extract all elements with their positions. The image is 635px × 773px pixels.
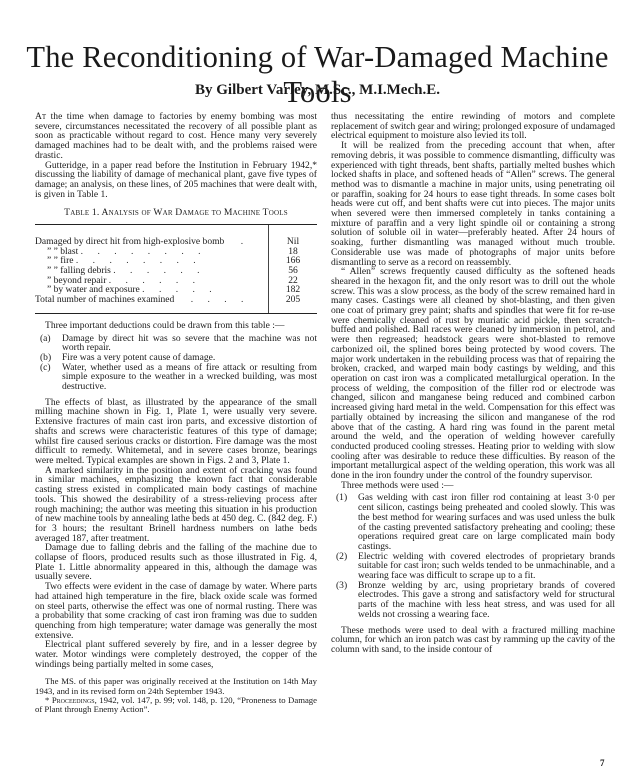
- list-item: (1)Gas welding with cast iron filler rod…: [331, 493, 615, 551]
- table-row: ” ” falling debris . . . . . .: [35, 266, 268, 276]
- footnote-ms: The MS. of this paper was originally rec…: [35, 677, 317, 695]
- debris-paragraph: Damage due to falling debris and the fal…: [35, 543, 317, 582]
- dismantling-paragraph: It will be realized from the preceding a…: [331, 141, 615, 267]
- deductions-intro: Three important deductions could be draw…: [35, 321, 317, 331]
- similarity-paragraph: A marked similarity in the position and …: [35, 466, 317, 544]
- table-row: ” by water and exposure . . . . .: [35, 285, 268, 295]
- allen-screws-paragraph: “ Allen” screws frequently caused diffic…: [331, 267, 615, 480]
- table-row: ” ” fire . . . . . . . .: [35, 256, 268, 266]
- article-title: The Reconditioning of War-Damaged Machin…: [0, 40, 635, 110]
- list-item: (c)Water, whether used as a means of fir…: [35, 363, 317, 392]
- left-column: At the time when damage to factories by …: [35, 112, 317, 714]
- water-paragraph: Two effects were evident in the case of …: [35, 582, 317, 640]
- author-byline: By Gilbert Varley, M.Sc., M.I.Mech.E.: [0, 82, 635, 99]
- page-number: 7: [600, 758, 605, 768]
- table-row: Damaged by direct hit from high-explosiv…: [35, 237, 268, 247]
- table-labels: Damaged by direct hit from high-explosiv…: [35, 225, 269, 313]
- gutteridge-paragraph: Gutteridge, in a paper read before the I…: [35, 161, 317, 200]
- list-item: (2)Electric welding with covered electro…: [331, 552, 615, 581]
- table-cell-value: 205: [269, 295, 317, 305]
- list-item: (3)Bronze welding by arc, using propriet…: [331, 581, 615, 620]
- table-row: ” ” blast . . . . . . . .: [35, 247, 268, 257]
- intro-paragraph: At the time when damage to factories by …: [35, 112, 317, 161]
- list-item: (a)Damage by direct hit was so severe th…: [35, 334, 317, 353]
- electrical-paragraph: Electrical plant suffered severely by fi…: [35, 640, 317, 669]
- table-cell-value: 22: [269, 276, 317, 286]
- table-cell-value: 182: [269, 285, 317, 295]
- footnotes: The MS. of this paper was originally rec…: [35, 677, 317, 714]
- table-caption: Table 1. Analysis of War Damage to Machi…: [35, 208, 317, 218]
- right-column: thus necessitating the entire rewinding …: [331, 112, 615, 655]
- blast-paragraph: The effects of blast, as illustrated by …: [35, 398, 317, 466]
- footnote-reference: * Proceedings, 1942, vol. 147, p. 99; vo…: [35, 696, 317, 714]
- table-cell-value: 166: [269, 256, 317, 266]
- table-cell-value: Nil: [269, 237, 317, 247]
- table-values: Nil 18 166 56 22 182 205: [269, 225, 317, 313]
- continuation-paragraph: thus necessitating the entire rewinding …: [331, 112, 615, 141]
- table-cell-value: 18: [269, 247, 317, 257]
- methods-list: (1)Gas welding with cast iron filler rod…: [331, 493, 615, 619]
- table-row: ” beyond repair . . . . . .: [35, 276, 268, 286]
- final-paragraph: These methods were used to deal with a f…: [331, 626, 615, 655]
- damage-table: Damaged by direct hit from high-explosiv…: [35, 224, 317, 314]
- table-row-total: Total number of machines examined . . . …: [35, 295, 268, 305]
- deductions-list: (a)Damage by direct hit was so severe th…: [35, 334, 317, 392]
- table-cell-value: 56: [269, 266, 317, 276]
- methods-intro: Three methods were used :—: [331, 481, 615, 491]
